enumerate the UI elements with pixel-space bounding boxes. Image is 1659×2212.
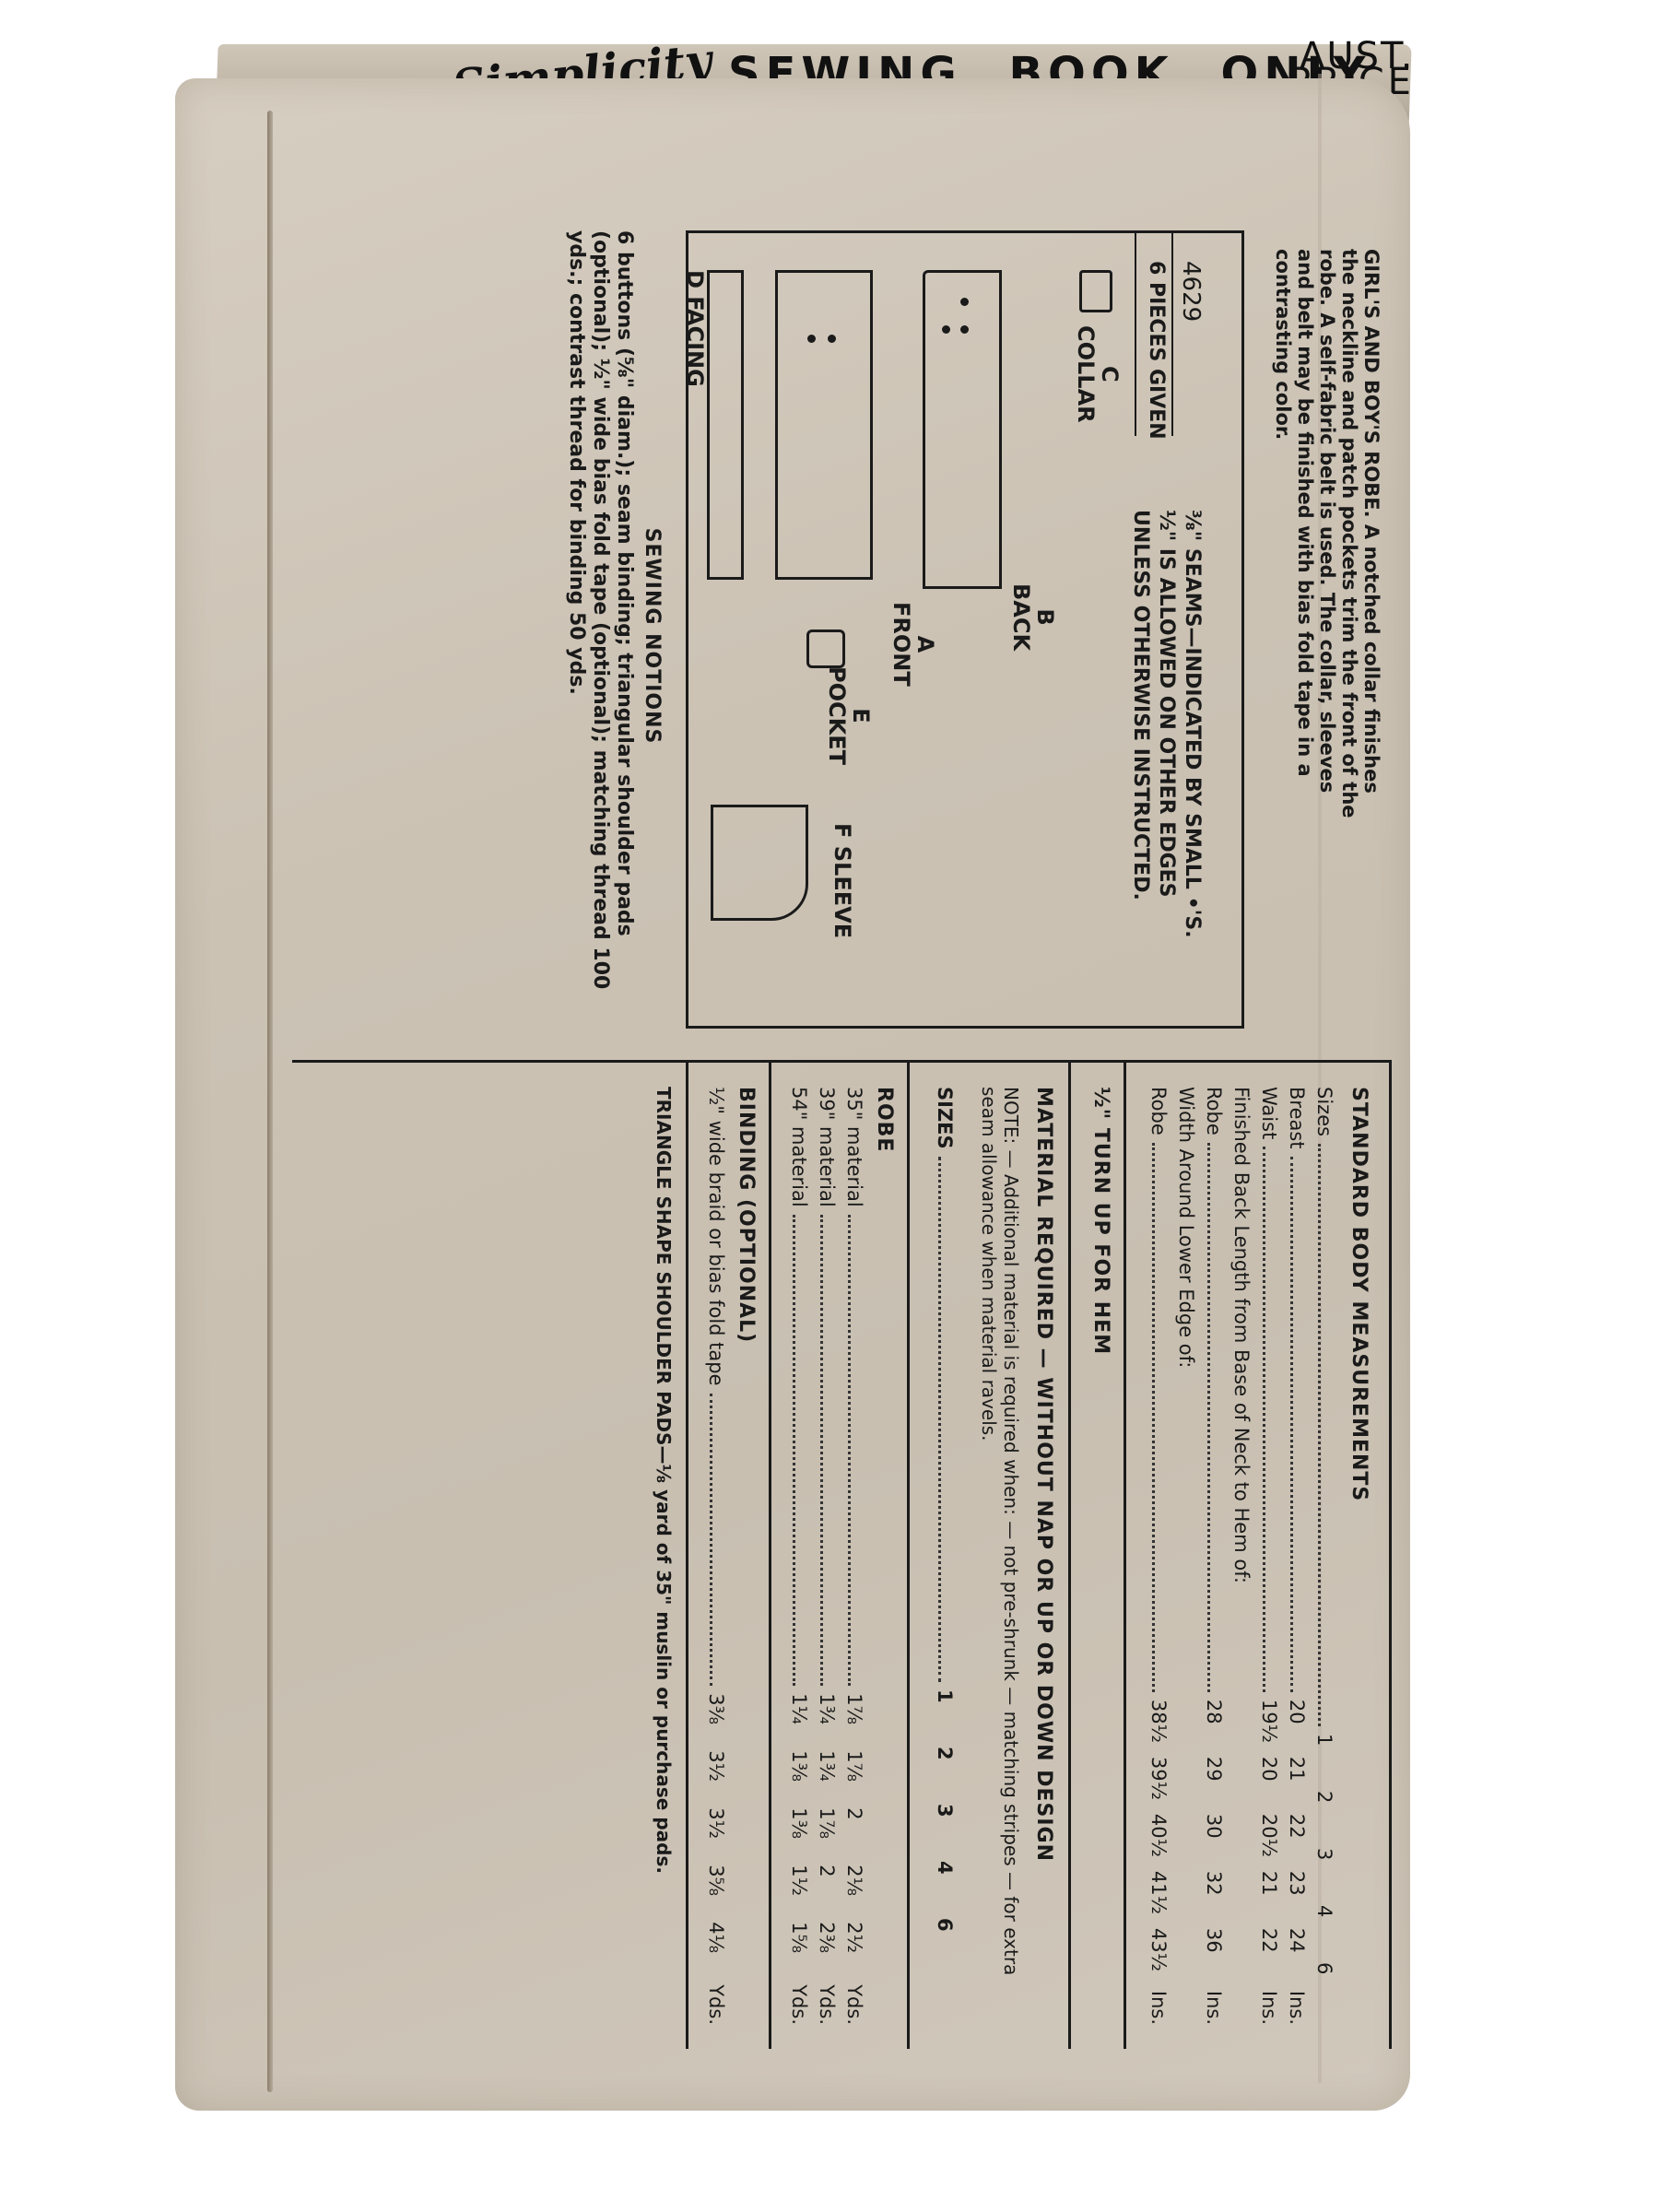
divider [1068,1063,1071,2049]
measurements-heading: STANDARD BODY MEASUREMENTS [1347,1087,1371,1501]
table-row: Robe38½39½40½41½43½Ins. [1142,1087,1170,2025]
table-row: Width Around Lower Edge of: [1170,1087,1197,2025]
table-row: Waist19½2020½2122Ins. [1253,1087,1280,2025]
divider [1135,233,1136,436]
notch-dot [960,298,969,306]
sizes-row: SIZES12346 [928,1087,956,2025]
piece-label-e: EPOCKET [825,666,873,765]
divider [907,1063,910,2049]
material-note: NOTE: — Additional material is required … [978,1087,1022,2008]
sewing-notions: SEWING NOTIONS 6 buttons (⅝" diam.); sea… [564,230,664,1041]
pieces-given: 6 PIECES GIVEN [1145,261,1168,440]
table-row: Breast2021222324Ins. [1280,1087,1308,2025]
notions-heading: SEWING NOTIONS [640,230,664,1041]
collar-piece-shape [1079,270,1112,312]
binding-heading: BINDING (OPTIONAL) [735,1087,758,1343]
table-row: Sizes12346 [1308,1087,1335,2025]
back-piece-shape [923,270,1002,589]
table-row: ½" wide braid or bias fold tape3⅜3½3½3⅝4… [700,1087,727,2025]
piece-label-c: CCOLLAR [1074,325,1122,423]
envelope-content: GIRL'S AND BOY'S ROBE. A notched collar … [267,129,1401,2083]
hem-label: ½" TURN UP FOR HEM [1089,1087,1112,1355]
facing-piece-shape [707,270,744,580]
description-title: GIRL'S AND BOY'S ROBE. [1360,249,1382,518]
table-row: Finished Back Length from Base of Neck t… [1225,1087,1253,2025]
divider [686,1063,688,2049]
pattern-description: GIRL'S AND BOY'S ROBE. A notched collar … [1272,249,1382,820]
table-row: Robe2829303236Ins. [1197,1087,1225,2025]
piece-label-f: F SLEEVE [830,823,854,938]
button-dot [828,335,836,343]
divider [1124,1063,1126,2049]
notions-text: 6 buttons (⅝" diam.); seam binding; tria… [564,230,636,1041]
material-heading: MATERIAL REQUIRED — WITHOUT NAP OR UP OR… [1032,1087,1055,1862]
button-dot [807,335,816,343]
piece-label-d: D FACING [683,270,707,387]
seam-line-1: ⅜" SEAMS—INDICATED BY SMALL •'S. [1179,510,1205,1007]
robe-heading: ROBE [873,1087,896,1152]
seam-allowance-note: ⅜" SEAMS—INDICATED BY SMALL •'S. ½" IS A… [1127,510,1205,1007]
measurements-table: STANDARD BODY MEASUREMENTS Sizes12346 Br… [292,1060,1392,2049]
shoulder-pads-text: TRIANGLE SHAPE SHOULDER PADS—⅛ yard of 3… [653,1087,675,2008]
seam-line-2: ½" IS ALLOWED ON OTHER EDGES [1153,510,1179,1007]
piece-label-a: AFRONT [889,602,937,687]
divider [1171,233,1173,436]
notch-dot [960,325,969,334]
divider [769,1063,771,2049]
notch-dot [942,325,950,334]
piece-label-b: BBACK [1009,583,1057,651]
table-row: 35" material1⅞1⅞22⅛2½Yds. [838,1087,865,2025]
pattern-number: 4629 [1177,261,1205,322]
pattern-pieces-diagram: 4629 6 PIECES GIVEN ⅜" SEAMS—INDICATED B… [686,230,1244,1029]
table-row: 54" material1¼1⅜1⅜1½1⅝Yds. [782,1087,810,2025]
pocket-piece-shape [806,629,845,668]
sleeve-piece-shape [711,805,808,921]
seam-line-3: UNLESS OTHERWISE INSTRUCTED. [1127,510,1153,1007]
table-row: 39" material1¾1¾1⅞22⅜Yds. [810,1087,838,2025]
front-piece-shape [775,270,873,580]
